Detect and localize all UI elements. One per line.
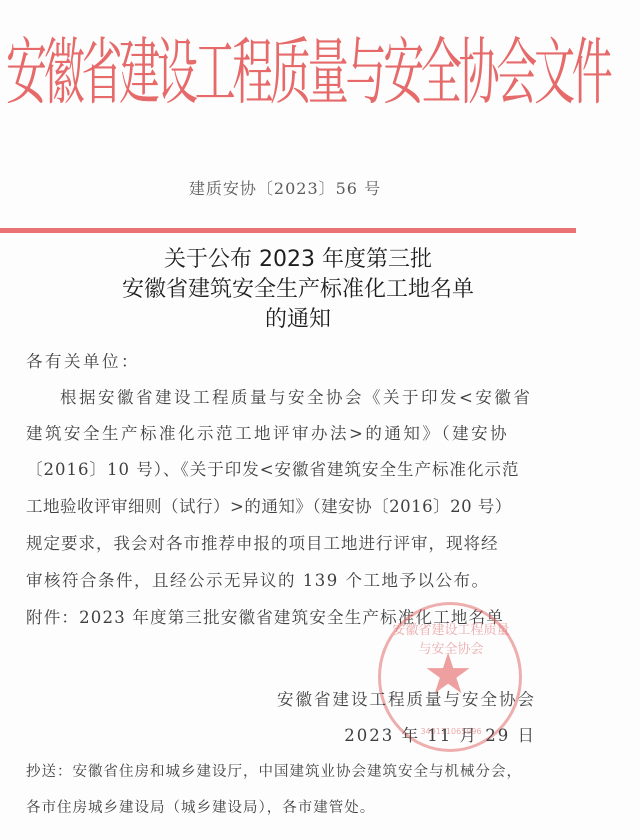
red-divider bbox=[0, 228, 576, 233]
salutation: 各有关单位： bbox=[26, 348, 546, 372]
title-line-2: 安徽省建筑安全生产标准化工地名单 bbox=[0, 275, 596, 305]
paragraph-line-2: 建筑安全生产标准化示范工地评审办法>的通知》（建安协 bbox=[26, 420, 546, 444]
paragraph-line-3: 〔2016〕10 号）、《关于印发<安徽省建筑安全生产标准化示范 bbox=[26, 456, 546, 480]
title-line-3: 的通知 bbox=[0, 305, 596, 335]
signing-organization: 安徽省建设工程质量与安全协会 bbox=[277, 686, 536, 710]
signing-date: 2023 年 11 月 29 日 bbox=[344, 722, 536, 746]
cc-line-1: 抄送：安徽省住房和城乡建设厅，中国建筑业协会建筑安全与机械分会， bbox=[26, 760, 522, 781]
paragraph-line-1: 根据安徽省建设工程质量与安全协会《关于印发<安徽省 bbox=[60, 384, 580, 408]
paragraph-line-6: 审核符合条件，且经公示无异议的 139 个工地予以公布。 bbox=[26, 567, 546, 591]
document-header-title: 安徽省建设工程质量与安全协会文件 bbox=[6, 8, 465, 139]
title-line-1: 关于公布 2023 年度第三批 bbox=[0, 245, 596, 275]
cc-line-2: 各市住房城乡建设局（城乡建设局），各市建管处。 bbox=[26, 796, 375, 817]
document-number: 建质安协〔2023〕56 号 bbox=[0, 176, 570, 199]
paragraph-line-4: 工地验收评审细则（试行）>的通知》（建安协〔2016〕20 号） bbox=[26, 493, 546, 517]
notice-title: 关于公布 2023 年度第三批 安徽省建筑安全生产标准化工地名单 的通知 bbox=[0, 245, 596, 335]
paragraph-line-5: 规定要求，我会对各市推荐申报的项目工地进行评审，现将经 bbox=[26, 530, 546, 554]
